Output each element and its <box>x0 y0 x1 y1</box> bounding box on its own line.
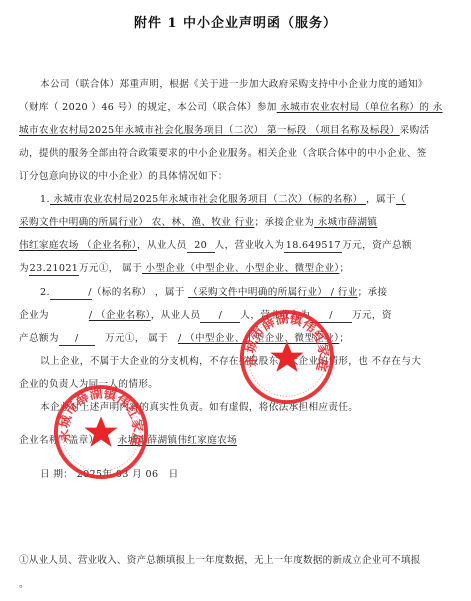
item1-line-1: 1. 永城市农业农村局2025年永城市社会化服务项目（二次）（标的名称） ，属于… <box>40 193 460 207</box>
date-month: 03 <box>116 469 129 480</box>
item2-industry: （采购文件中明确的所属行业） / 行业 <box>188 287 357 298</box>
item2-subject-name: / <box>50 287 92 300</box>
item1-contractor-name-cont: 伟红家庭农场 （企业名称） <box>19 240 137 251</box>
month-unit: 月 <box>132 469 142 480</box>
item2-contractor-name: / （企业名称） <box>49 310 151 321</box>
item1-employees-label: ，从业人员 <box>137 240 187 251</box>
item1-assets: 23.21021 <box>29 263 79 276</box>
intro-text: （财库（ 2020 ）46 号）的规定，本公司（联合体）参加 <box>19 102 277 113</box>
item2-number: 2. <box>40 287 50 298</box>
page-title: 附件 1 中小企业声明函（服务） <box>0 12 471 31</box>
seal-icon: 永城市薛湖镇伟红家庭农场 <box>52 383 150 481</box>
item2-revenue-unit: 万元，资 <box>352 310 392 321</box>
item1-employees: 20 <box>187 240 215 253</box>
item2-assets: / <box>59 333 95 346</box>
signature-date-row: 日 期： 2025年 03 月 06 日 <box>40 468 471 482</box>
footnote-line-1: ①从业人员、营业收入、资产总额填报上一年度数据，无上一年度数据的新成立企业可不填… <box>19 552 464 566</box>
intro-line-2: （财库（ 2020 ）46 号）的规定，本公司（联合体）参加 永城市农业农村局（… <box>19 101 459 115</box>
item2-employees-label: ，从业人员 <box>151 310 201 321</box>
item2-employees: / <box>200 310 240 323</box>
intro-line-5: 订分包意向协议的中小企业）的具体情况如下： <box>19 170 459 184</box>
item1-end: ； <box>340 263 350 274</box>
intro-line-1: 本公司（联合体）郑重声明，根据《关于进一步加大政府采购支持中小企业力度的通知》 <box>40 78 460 92</box>
intro-line-3: 城市农业农村局2025年永城市社会化服务项目（二次） 第一标段 （项目名称及标段… <box>19 124 459 138</box>
statement-1-line-1: 以上企业，不属于大企业的分支机构，不存在控股股东为大企业的情形，也 不存在与大 <box>40 355 460 369</box>
item1-subject-name: 永城市农业农村局2025年永城市社会化服务项目（二次）（标的名称） <box>50 194 366 205</box>
signature-company-row: 企业名称（盖章）：永城市薛湖镇伟红家庭农场 <box>19 434 459 448</box>
item1-line-2: 采购文件中明确的所属行业） 农、林、渔、牧业 行业；承接企业为 永城市薛湖镇 <box>19 216 459 230</box>
date-label: 日 期： <box>40 469 73 480</box>
item1-line-3: 伟红家庭农场 （企业名称），从业人员20人，营业收入为18.649517万元，资… <box>19 239 459 253</box>
item1-revenue: 18.649517 <box>284 240 342 253</box>
company-label: 企业名称（盖章）： <box>19 435 104 446</box>
item2-assets-label: 产总额为 <box>19 333 59 344</box>
item1-revenue-unit: 万元，资产总额 <box>342 240 412 251</box>
intro-line-4: 动，提供的服务全部由符合政策要求的中小企业服务。相关企业（含联合体中的中小企业、… <box>19 147 459 161</box>
item1-number: 1. <box>40 194 50 205</box>
item2-size-category: / （中型企业、小型企业、微型企业） <box>168 333 339 344</box>
statement-1-line-2: 企业的负责人为同一人的情形。 <box>19 378 459 392</box>
item1-employees-unit: 人，营业收入为 <box>215 240 285 251</box>
item2-line-2: 企业为/ （企业名称），从业人员/人，营业收入为/万元，资 <box>19 309 459 323</box>
item1-assets-unit: 万元①， 属于 <box>79 263 142 274</box>
item1-contractor-label: ；承接企业为 <box>255 217 315 228</box>
day-unit: 日 <box>169 469 179 480</box>
item2-subject-label: （标的名称） ，属于 <box>92 287 188 298</box>
item1-contractor-name: 永城市薛湖镇 <box>314 217 377 228</box>
item2-employees-unit: 人，营业收入为 <box>240 310 310 321</box>
date-day: 06 <box>146 469 159 480</box>
statement-2: 本企业对上述声明内容的真实性负责。如有虚假，将依法承担相应责任。 <box>40 401 460 415</box>
unit-name-field: 永城市农业农村局（单位名称）的 永 <box>277 102 443 113</box>
item1-industry-start: （ <box>396 194 406 205</box>
item2-contractor-label2: 企业为 <box>19 310 49 321</box>
item2-line-1: 2./（标的名称） ，属于 （采购文件中明确的所属行业） / 行业；承接 <box>40 286 460 300</box>
date-year: 2025 <box>77 469 103 480</box>
item2-revenue: / <box>310 310 352 323</box>
item2-assets-unit: 万元①， 属于 <box>105 333 168 344</box>
item1-line-4: 为23.21021万元①， 属于 小型企业（中型企业、小型企业、微型企业）； <box>19 262 459 276</box>
item1-size-category: 小型企业（中型企业、小型企业、微型企业） <box>142 263 339 274</box>
year-unit: 年 <box>102 469 112 480</box>
item2-end: ； <box>339 333 349 344</box>
intro-text: 采购活 <box>400 125 430 136</box>
item1-industry: 采购文件中明确的所属行业） 农、林、渔、牧业 行业 <box>19 217 255 228</box>
item1-assets-prefix: 为 <box>19 263 29 274</box>
project-name-field: 城市农业农村局2025年永城市社会化服务项目（二次） 第一标段 （项目名称及标段… <box>19 125 400 136</box>
item1-belongs: ，属于 <box>366 194 396 205</box>
footnote-line-2: 。 <box>19 576 29 590</box>
company-seal-stamp-2: 永城市薛湖镇伟红家庭农场 <box>52 383 150 481</box>
item2-contractor-label: ；承接 <box>358 287 388 298</box>
company-name: 永城市薛湖镇伟红家庭农场 <box>104 435 237 446</box>
item2-line-3: 产总额为/ 万元①， 属于/ （中型企业、小型企业、微型企业）； <box>19 332 459 346</box>
